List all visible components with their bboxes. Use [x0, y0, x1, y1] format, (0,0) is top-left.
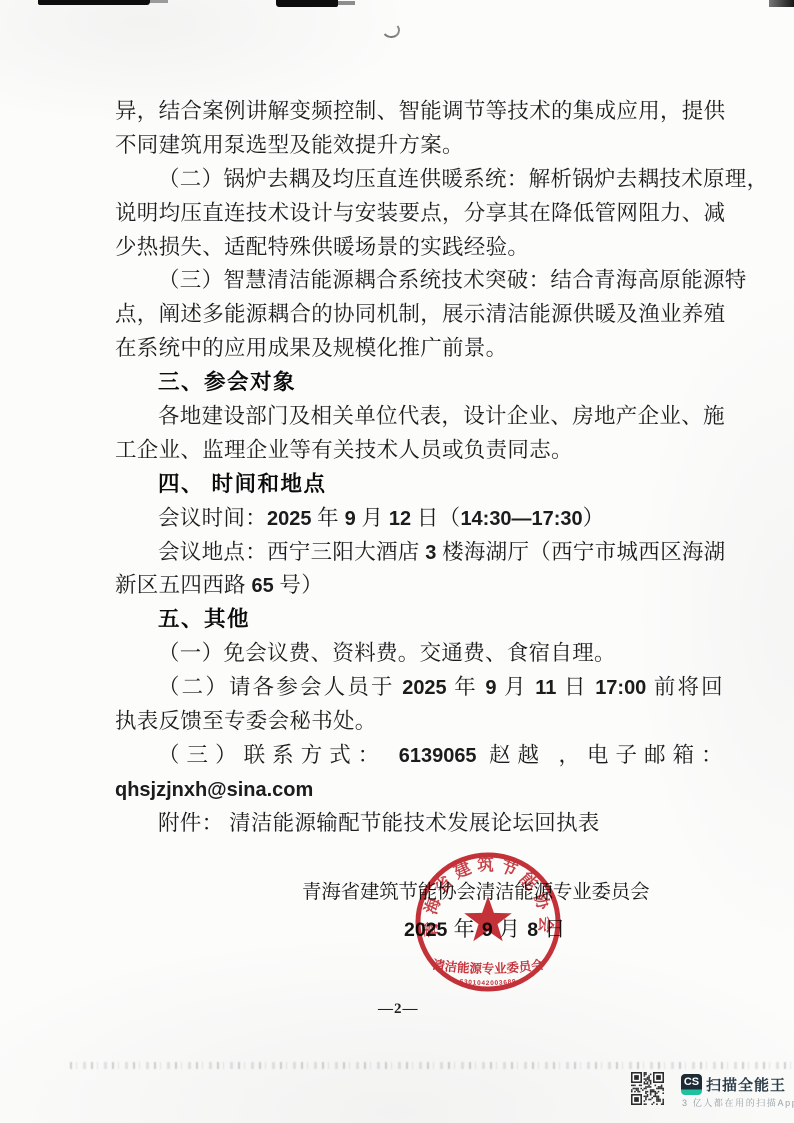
- scan-artifact-top-right: [769, 0, 794, 7]
- doc-heading-line: 三、参会对象: [115, 366, 723, 400]
- doc-line: （三）联系方式： 6139065 赵越 ，电子邮箱：: [115, 739, 723, 773]
- doc-line: 附件： 清洁能源输配节能技术发展论坛回执表: [115, 807, 723, 841]
- doc-line: 在系统中的应用成果及规模化推广前景。: [115, 332, 723, 366]
- doc-heading-line: 五、其他: [115, 603, 723, 637]
- doc-line: （二）请各参会人员于 2025 年 9 月 11 日 17:00 前将回: [115, 671, 723, 705]
- doc-line: （一）免会议费、资料费。交通费、食宿自理。: [115, 637, 723, 671]
- doc-line: 异，结合案例讲解变频控制、智能调节等技术的集成应用，提供: [115, 95, 723, 129]
- doc-line: 说明均压直连技术设计与安装要点，分享其在降低管网阻力、减: [115, 197, 723, 231]
- doc-line: 会议地点：西宁三阳大酒店 3 楼海湖厅（西宁市城西区海湖: [115, 536, 723, 570]
- seal-number: 6301042003689: [459, 978, 517, 987]
- doc-line: （二）锅炉去耦及均压直连供暖系统：解析锅炉去耦技术原理，: [115, 163, 723, 197]
- seal-star: [464, 896, 512, 941]
- doc-line: 新区五四西路 65 号）: [115, 569, 723, 603]
- scan-artifact-top-left: [38, 0, 150, 5]
- seal-banner-text: 清洁能源专业委员会: [431, 957, 545, 976]
- document-body: 异，结合案例讲解变频控制、智能调节等技术的集成应用，提供不同建筑用泵选型及能效提…: [115, 95, 723, 841]
- doc-line: 不同建筑用泵选型及能效提升方案。: [115, 129, 723, 163]
- doc-heading-line: 四、 时间和地点: [115, 468, 723, 502]
- scan-artifact-top-middle-tail: [338, 1, 355, 5]
- cs-logo-icon: CS: [681, 1074, 702, 1095]
- doc-line: qhsjzjnxh@sina.com: [115, 773, 723, 807]
- pen-mark: [381, 21, 401, 39]
- doc-line: 各地建设部门及相关单位代表，设计企业、房地产企业、施: [115, 400, 723, 434]
- doc-line: 工企业、监理企业等有关技术人员或负责同志。: [115, 434, 723, 468]
- scan-artifact-top-middle: [276, 0, 338, 7]
- doc-line: 执表反馈至专委会秘书处。: [115, 705, 723, 739]
- page-number: —2—: [378, 1001, 419, 1018]
- qr-code-icon: [631, 1072, 664, 1105]
- watermark-app-name: 扫描全能王: [706, 1074, 786, 1095]
- doc-line: 少热损失、适配特殊供暖场景的实践经验。: [115, 231, 723, 265]
- scan-artifact-top-left-tail: [150, 0, 168, 3]
- doc-line: （三）智慧清洁能源耦合系统技术突破：结合青海高原能源特: [115, 264, 723, 298]
- official-seal: 青海省建筑节能协会 清洁能源专业委员会 6301042003689: [412, 850, 564, 995]
- doc-line: 会议时间：2025 年 9 月 12 日（14:30—17:30）: [115, 502, 723, 536]
- camscanner-watermark: CS 扫描全能王 3 亿人都在用的扫描App: [630, 1070, 780, 1110]
- doc-line: 点，阐述多能源耦合的协同机制，展示清洁能源供暖及渔业养殖: [115, 298, 723, 332]
- watermark-tagline: 3 亿人都在用的扫描App: [682, 1096, 794, 1109]
- scan-noise-band: [70, 1062, 794, 1069]
- scanned-document-page: 异，结合案例讲解变频控制、智能调节等技术的集成应用，提供不同建筑用泵选型及能效提…: [0, 0, 794, 1123]
